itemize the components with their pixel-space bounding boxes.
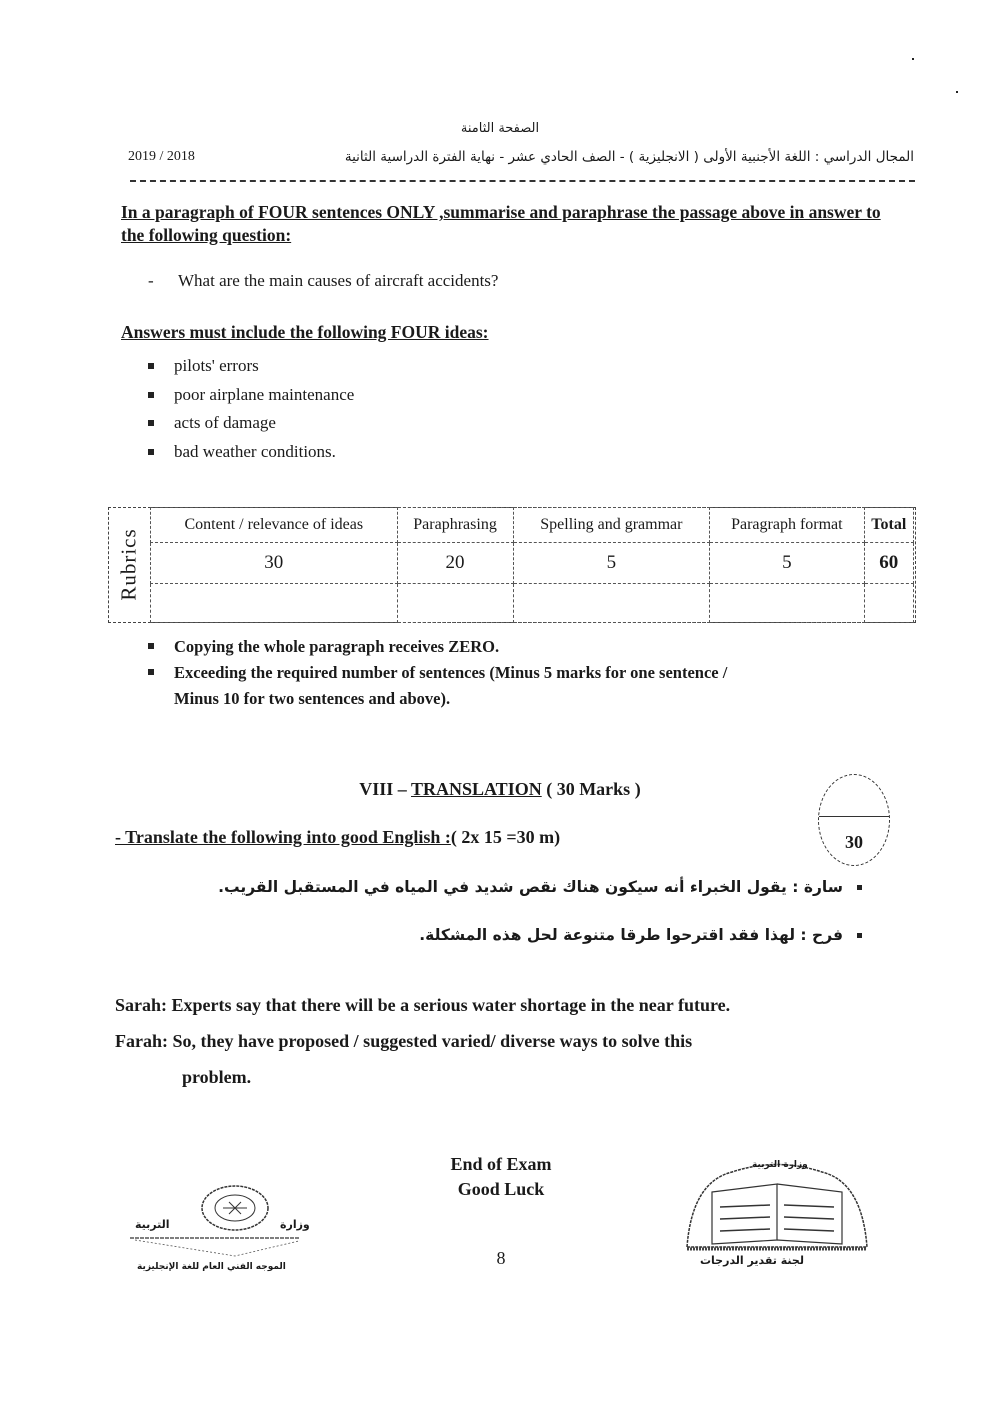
marking-notes: Copying the whole paragraph receives ZER…: [148, 634, 727, 712]
list-item: Minus 10 for two sentences and above).: [148, 686, 727, 712]
dash-bullet: -: [148, 271, 178, 291]
table-cell: 30: [151, 543, 398, 584]
arabic-text: فرح : لهذا فقد اقترحوا طرقا متنوعة لحل ه…: [419, 926, 843, 944]
idea-text: bad weather conditions.: [174, 442, 336, 462]
section-name: TRANSLATION: [411, 779, 542, 799]
square-bullet-icon: [148, 643, 154, 649]
translation-instruction: - Translate the following into good Engl…: [115, 827, 560, 848]
arabic-sentence: سارة : يقول الخبراء أنه سيكون هناك نقص ش…: [218, 878, 862, 896]
table-cell: [710, 584, 864, 623]
list-item: acts of damage: [148, 409, 354, 438]
summary-instruction: In a paragraph of FOUR sentences ONLY ,s…: [121, 201, 901, 247]
grading-committee-stamp: وزارة التربية لجنة تقدير الدرجات: [682, 1152, 872, 1270]
page-label: الصفحة الثامنة: [0, 121, 992, 136]
rubrics-table: Content / relevance of ideas Paraphrasin…: [150, 507, 914, 623]
score-total: 30: [819, 832, 889, 853]
supervisor-stamp: التربية وزارة الموجه الفني العام للغة ال…: [125, 1178, 300, 1278]
idea-text: acts of damage: [174, 413, 276, 433]
model-answer-line: problem.: [182, 1067, 251, 1088]
idea-text: poor airplane maintenance: [174, 385, 354, 405]
section-marks: ( 30 Marks ): [542, 779, 641, 799]
arabic-sentence: فرح : لهذا فقد اقترحوا طرقا متنوعة لحل ه…: [419, 926, 862, 944]
table-cell: 60: [864, 543, 913, 584]
square-bullet-icon: [857, 885, 862, 890]
table-cell: [151, 584, 398, 623]
column-header: Total: [864, 508, 913, 543]
stamp-text: وزارة: [280, 1218, 310, 1231]
column-header: Paragraph format: [710, 508, 864, 543]
model-answer-line: Farah: So, they have proposed / suggeste…: [115, 1031, 692, 1052]
header-divider: [130, 180, 915, 182]
rubrics-label: Rubrics: [117, 528, 142, 600]
table-cell: [864, 584, 913, 623]
column-header: Paraphrasing: [397, 508, 513, 543]
scan-speck: [912, 58, 914, 60]
summary-question: -What are the main causes of aircraft ac…: [148, 271, 498, 291]
column-header: Content / relevance of ideas: [151, 508, 398, 543]
stamp-caption: الموجه الفني العام للغة الإنجليزية: [137, 1262, 286, 1272]
note-text: Minus 10 for two sentences and above).: [148, 686, 450, 712]
square-bullet-icon: [148, 363, 154, 369]
list-item: pilots' errors: [148, 352, 354, 381]
table-cell: 5: [513, 543, 710, 584]
square-bullet-icon: [857, 933, 862, 938]
square-bullet-icon: [148, 420, 154, 426]
section-number: VIII –: [359, 779, 411, 799]
table-cell: 5: [710, 543, 864, 584]
square-bullet-icon: [148, 449, 154, 455]
score-divider: [819, 816, 889, 817]
table-row: 30 20 5 5 60: [151, 543, 914, 584]
stamp-text: وزارة التربية: [752, 1160, 808, 1170]
square-bullet-icon: [148, 392, 154, 398]
column-header: Spelling and grammar: [513, 508, 710, 543]
instruction-marks: ( 2x 15 =30 m): [451, 827, 560, 847]
list-item: poor airplane maintenance: [148, 381, 354, 410]
exam-header: المجال الدراسي : اللغة الأجنبية الأولى (…: [128, 149, 914, 165]
rubrics-side-label: Rubrics: [108, 507, 150, 621]
idea-text: pilots' errors: [174, 356, 259, 376]
note-text: Exceeding the required number of sentenc…: [174, 660, 727, 686]
score-oval: 30: [818, 774, 890, 866]
list-item: bad weather conditions.: [148, 438, 354, 467]
note-text: Copying the whole paragraph receives ZER…: [174, 634, 499, 660]
academic-year: 2019 / 2018: [128, 149, 195, 165]
table-cell: 20: [397, 543, 513, 584]
table-header-row: Content / relevance of ideas Paraphrasin…: [151, 508, 914, 543]
arabic-text: سارة : يقول الخبراء أنه سيكون هناك نقص ش…: [218, 878, 843, 896]
instruction-text: - Translate the following into good Engl…: [115, 827, 451, 847]
question-text: What are the main causes of aircraft acc…: [178, 271, 498, 290]
square-bullet-icon: [148, 669, 154, 675]
subject-line: المجال الدراسي : اللغة الأجنبية الأولى (…: [345, 149, 914, 165]
list-item: Copying the whole paragraph receives ZER…: [148, 634, 727, 660]
stamp-caption: لجنة تقدير الدرجات: [700, 1254, 804, 1267]
list-item: Exceeding the required number of sentenc…: [148, 660, 727, 686]
stamp-text: التربية: [135, 1218, 170, 1231]
scan-speck: [956, 91, 958, 93]
ideas-heading: Answers must include the following FOUR …: [121, 322, 489, 343]
table-row: [151, 584, 914, 623]
ideas-list: pilots' errors poor airplane maintenance…: [148, 352, 354, 466]
model-answer-line: Sarah: Experts say that there will be a …: [115, 995, 730, 1016]
table-cell: [397, 584, 513, 623]
table-cell: [513, 584, 710, 623]
